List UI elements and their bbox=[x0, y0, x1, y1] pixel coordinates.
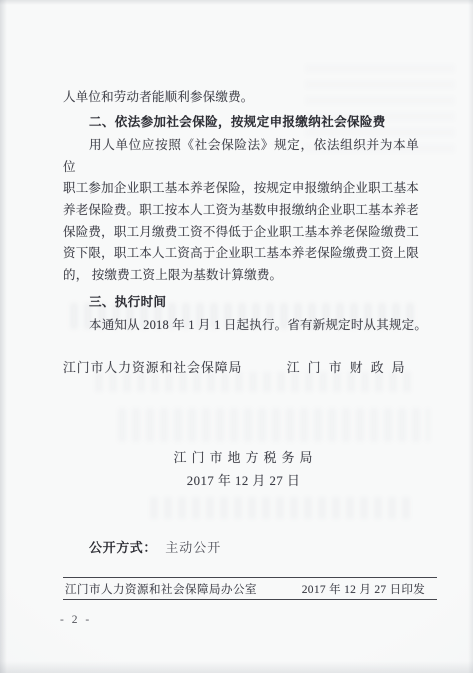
section-2-line-5: 资下限，职工本人工资高于企业职工基本养老保险缴费工资上限 bbox=[63, 243, 419, 265]
disclosure-label: 公开方式： bbox=[89, 540, 157, 555]
section-2-line-6: 的， 按缴费工资上限为基数计算缴费。 bbox=[63, 265, 419, 287]
footer-block: 江门市人力资源和社会保障局办公室 2017 年 12 月 27 日印发 bbox=[63, 577, 437, 600]
signature-center-block: 江 门 市 地 方 税 务 局 2017 年 12 月 27 日 bbox=[14, 447, 473, 489]
footer-row: 江门市人力资源和社会保障局办公室 2017 年 12 月 27 日印发 bbox=[63, 578, 437, 599]
bleed-through-smudge bbox=[118, 408, 430, 442]
signature-center-agency: 江 门 市 地 方 税 务 局 bbox=[14, 447, 473, 466]
page-number: - 2 - bbox=[60, 614, 92, 626]
signature-date: 2017 年 12 月 27 日 bbox=[14, 470, 473, 489]
disclosure-value: 主动公开 bbox=[165, 540, 221, 555]
section-3-heading: 三、执行时间 bbox=[63, 292, 419, 314]
section-2-line-2: 职工参加企业职工基本养老保险，按规定申报缴纳企业职工基本 bbox=[63, 178, 419, 200]
disclosure-line: 公开方式： 主动公开 bbox=[89, 537, 221, 556]
footer-print-date: 2017 年 12 月 27 日印发 bbox=[302, 581, 425, 597]
signature-right-agency: 江 门 市 财 政 局 bbox=[287, 357, 419, 376]
scanned-document-page: 人单位和劳动者能顺利参保缴费。 二、依法参加社会保险，按规定申报缴纳社会保险费 … bbox=[0, 0, 473, 673]
signature-row: 江门市人力资源和社会保障局 江 门 市 财 政 局 bbox=[63, 357, 419, 376]
footer-issuing-office: 江门市人力资源和社会保障局办公室 bbox=[65, 581, 257, 597]
section-3-text: 本通知从 2018 年 1 月 1 日起执行。省有新规定时从其规定。 bbox=[63, 315, 419, 337]
section-2-line-1: 用人单位应按照《社会保险法》规定，依法组织并为本单位 bbox=[63, 135, 419, 178]
bleed-through-smudge bbox=[150, 497, 415, 519]
section-2-line-3: 养老保险费。职工按本人工资为基数申报缴纳企业职工基本养老 bbox=[63, 200, 419, 222]
body-line-continuation: 人单位和劳动者能顺利参保缴费。 bbox=[63, 87, 419, 109]
section-2-line-4: 保险费，职工月缴费工资不得低于企业职工基本养老保险缴费工 bbox=[63, 222, 419, 244]
section-2-heading: 二、依法参加社会保险，按规定申报缴纳社会保险费 bbox=[63, 112, 419, 134]
document-body: 人单位和劳动者能顺利参保缴费。 二、依法参加社会保险，按规定申报缴纳社会保险费 … bbox=[63, 87, 419, 337]
signature-left-agency: 江门市人力资源和社会保障局 bbox=[63, 357, 242, 376]
footer-rule-bottom bbox=[63, 599, 437, 600]
